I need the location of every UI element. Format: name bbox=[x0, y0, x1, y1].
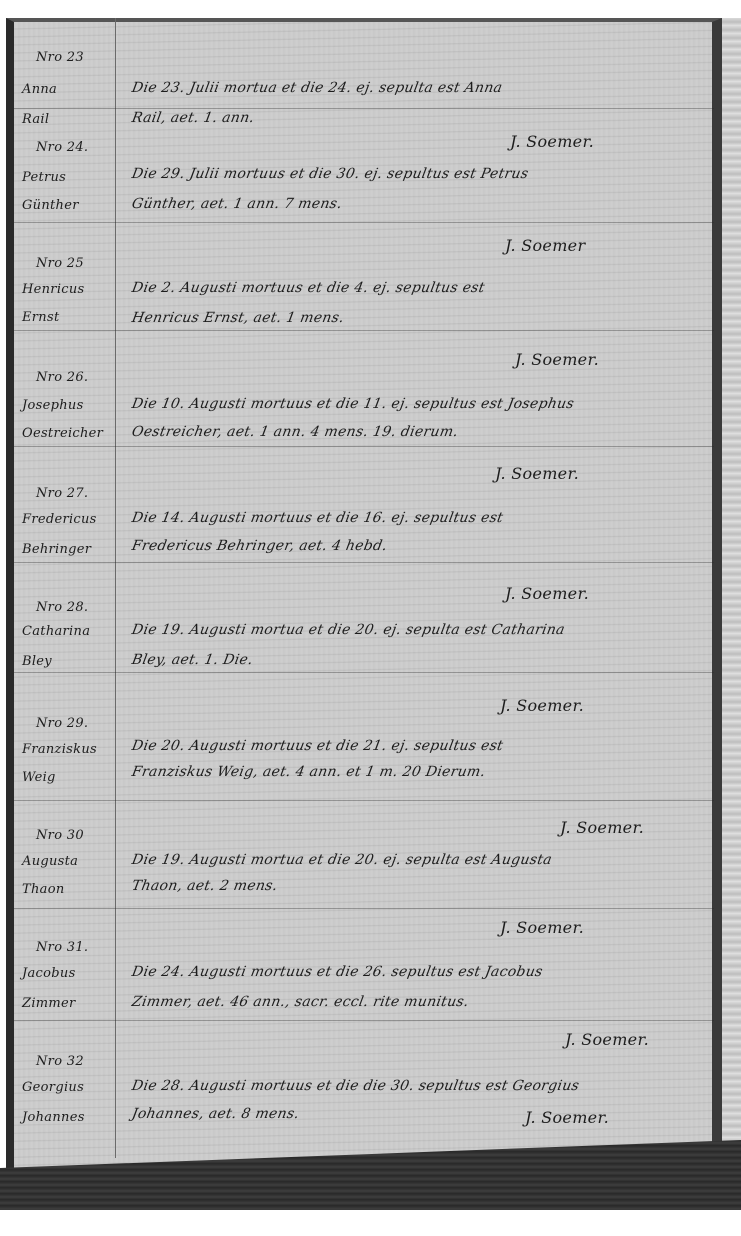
priest-signature: J. Soemer. bbox=[525, 1108, 609, 1127]
entry-given-name: Augusta bbox=[22, 854, 78, 869]
entry-surname: Zimmer bbox=[22, 996, 76, 1011]
ruled-line bbox=[14, 330, 714, 331]
entry-text-line-2: Zimmer, aet. 46 ann., sacr. eccl. rite m… bbox=[131, 994, 471, 1010]
priest-signature: J. Soemer bbox=[505, 236, 585, 255]
ruled-line bbox=[14, 562, 714, 563]
entry-given-name: Fredericus bbox=[22, 512, 97, 527]
entry-text-line-1: Die 28. Augusti mortuus et die die 30. s… bbox=[131, 1078, 581, 1094]
entry-surname: Günther bbox=[22, 198, 79, 213]
entry-text-line-1: Die 19. Augusti mortua et die 20. ej. se… bbox=[131, 622, 567, 638]
margin-rule bbox=[115, 18, 116, 1158]
entry-surname: Bley bbox=[22, 654, 52, 669]
entry-text-line-2: Rail, aet. 1. ann. bbox=[131, 110, 256, 126]
ruled-line bbox=[14, 800, 714, 801]
ruled-line bbox=[14, 1020, 714, 1021]
ruled-line bbox=[14, 446, 714, 447]
entry-surname: Ernst bbox=[22, 310, 59, 325]
ruled-line bbox=[14, 108, 714, 109]
entry-given-name: Anna bbox=[22, 82, 57, 97]
entry-text-line-2: Johannes, aet. 8 mens. bbox=[131, 1106, 301, 1122]
entry-surname: Weig bbox=[22, 770, 56, 785]
entry-given-name: Henricus bbox=[22, 282, 85, 297]
entry-number: Nro 32 bbox=[36, 1054, 84, 1069]
entry-surname: Thaon bbox=[22, 882, 65, 897]
ruled-line bbox=[14, 222, 714, 223]
entry-text-line-1: Die 19. Augusti mortua et die 20. ej. se… bbox=[131, 852, 554, 868]
entry-number: Nro 27. bbox=[36, 486, 88, 501]
entry-text-line-1: Die 2. Augusti mortuus et die 4. ej. sep… bbox=[131, 280, 486, 296]
entry-given-name: Petrus bbox=[22, 170, 66, 185]
entry-text-line-2: Franziskus Weig, aet. 4 ann. et 1 m. 20 … bbox=[131, 764, 487, 780]
priest-signature: J. Soemer. bbox=[515, 350, 599, 369]
ruled-line bbox=[14, 672, 714, 673]
entry-surname: Behringer bbox=[22, 542, 91, 557]
entry-given-name: Georgius bbox=[22, 1080, 84, 1095]
entry-number: Nro 29. bbox=[36, 716, 88, 731]
entry-number: Nro 28. bbox=[36, 600, 88, 615]
entry-text-line-1: Die 29. Julii mortuus et die 30. ej. sep… bbox=[131, 166, 530, 182]
entry-text-line-1: Die 24. Augusti mortuus et die 26. sepul… bbox=[131, 964, 544, 980]
entry-surname: Rail bbox=[22, 112, 49, 127]
entry-text-line-1: Die 20. Augusti mortuus et die 21. ej. s… bbox=[131, 738, 505, 754]
entry-number: Nro 24. bbox=[36, 140, 88, 155]
entry-text-line-1: Die 14. Augusti mortuus et die 16. ej. s… bbox=[131, 510, 505, 526]
priest-signature: J. Soemer. bbox=[500, 696, 584, 715]
entry-text-line-2: Günther, aet. 1 ann. 7 mens. bbox=[131, 196, 344, 212]
entry-number: Nro 23 bbox=[36, 50, 84, 65]
entry-surname: Oestreicher bbox=[22, 426, 103, 441]
entry-given-name: Franziskus bbox=[22, 742, 97, 757]
entry-text-line-1: Die 23. Julii mortua et die 24. ej. sepu… bbox=[131, 80, 504, 96]
entry-surname: Johannes bbox=[22, 1110, 85, 1125]
priest-signature: J. Soemer. bbox=[565, 1030, 649, 1049]
entry-number: Nro 31. bbox=[36, 940, 88, 955]
entry-given-name: Jacobus bbox=[22, 966, 76, 981]
entry-text-line-2: Thaon, aet. 2 mens. bbox=[131, 878, 279, 894]
page-right-edge bbox=[722, 18, 741, 1208]
entry-text-line-2: Bley, aet. 1. Die. bbox=[131, 652, 255, 668]
register-page bbox=[6, 18, 722, 1198]
entry-text-line-2: Henricus Ernst, aet. 1 mens. bbox=[131, 310, 346, 326]
entry-number: Nro 26. bbox=[36, 370, 88, 385]
entry-given-name: Catharina bbox=[22, 624, 90, 639]
entry-number: Nro 25 bbox=[36, 256, 84, 271]
priest-signature: J. Soemer. bbox=[505, 584, 589, 603]
entry-given-name: Josephus bbox=[22, 398, 84, 413]
entry-text-line-2: Oestreicher, aet. 1 ann. 4 mens. 19. die… bbox=[131, 424, 460, 440]
priest-signature: J. Soemer. bbox=[510, 132, 594, 151]
priest-signature: J. Soemer. bbox=[560, 818, 644, 837]
entry-number: Nro 30 bbox=[36, 828, 84, 843]
entry-text-line-1: Die 10. Augusti mortuus et die 11. ej. s… bbox=[131, 396, 576, 412]
priest-signature: J. Soemer. bbox=[500, 918, 584, 937]
entry-text-line-2: Fredericus Behringer, aet. 4 hebd. bbox=[131, 538, 389, 554]
priest-signature: J. Soemer. bbox=[495, 464, 579, 483]
ruled-line bbox=[14, 908, 714, 909]
